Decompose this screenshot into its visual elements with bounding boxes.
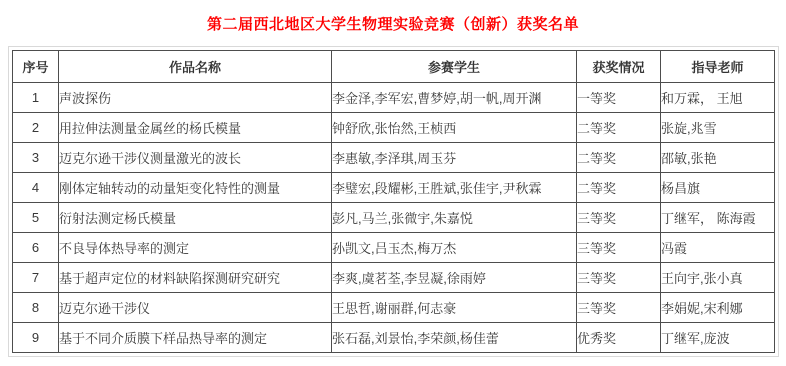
students-cell: 李璧宏,段耀彬,王胜斌,张佳宇,尹秋霖 <box>332 173 577 203</box>
table-row: 2 用拉伸法测量金属丝的杨氏模量 钟舒欣,张怡然,王桢西 二等奖 张旋,兆雪 <box>13 113 775 143</box>
students-cell: 钟舒欣,张怡然,王桢西 <box>332 113 577 143</box>
header-no: 序号 <box>13 51 59 83</box>
award-cell: 一等奖 <box>577 83 661 113</box>
table-row: 5 衍射法测定杨氏模量 彭凡,马兰,张微宇,朱嘉悦 三等奖 丁继军， 陈海霞 <box>13 203 775 233</box>
table-row: 8 迈克尔逊干涉仪 王思哲,谢丽群,何志豪 三等奖 李娟妮,宋利娜 <box>13 293 775 323</box>
work-title-cell: 迈克尔逊干涉仪 <box>59 293 332 323</box>
work-title-cell: 不良导体热导率的测定 <box>59 233 332 263</box>
work-title-cell: 基于超声定位的材料缺陷探测研究研究 <box>59 263 332 293</box>
students-cell: 王思哲,谢丽群,何志豪 <box>332 293 577 323</box>
advisors-cell: 李娟妮,宋利娜 <box>661 293 775 323</box>
work-title-cell: 用拉伸法测量金属丝的杨氏模量 <box>59 113 332 143</box>
students-cell: 李金泽,李军宏,曹梦婷,胡一帆,周开渊 <box>332 83 577 113</box>
award-cell: 二等奖 <box>577 143 661 173</box>
row-index-cell: 9 <box>13 323 59 353</box>
advisors-cell: 杨昌旗 <box>661 173 775 203</box>
advisors-cell: 张旋,兆雪 <box>661 113 775 143</box>
row-index-cell: 2 <box>13 113 59 143</box>
advisors-cell: 邵敏,张艳 <box>661 143 775 173</box>
header-work-title: 作品名称 <box>59 51 332 83</box>
work-title-cell: 基于不同介质膜下样品热导率的测定 <box>59 323 332 353</box>
award-cell: 三等奖 <box>577 263 661 293</box>
award-cell: 优秀奖 <box>577 323 661 353</box>
award-cell: 二等奖 <box>577 113 661 143</box>
row-index-cell: 8 <box>13 293 59 323</box>
work-title-cell: 衍射法测定杨氏模量 <box>59 203 332 233</box>
advisors-cell: 和万霖， 王旭 <box>661 83 775 113</box>
row-index-cell: 3 <box>13 143 59 173</box>
award-cell: 三等奖 <box>577 293 661 323</box>
students-cell: 张石磊,刘景怡,李荣颜,杨佳蕾 <box>332 323 577 353</box>
advisors-cell: 冯霞 <box>661 233 775 263</box>
table-row: 4 刚体定轴转动的动量矩变化特性的测量 李璧宏,段耀彬,王胜斌,张佳宇,尹秋霖 … <box>13 173 775 203</box>
page-title: 第二届西北地区大学生物理实验竞赛（创新）获奖名单 <box>0 0 786 34</box>
header-row: 序号 作品名称 参赛学生 获奖情况 指导老师 <box>13 51 775 83</box>
row-index-cell: 5 <box>13 203 59 233</box>
award-cell: 二等奖 <box>577 173 661 203</box>
header-award: 获奖情况 <box>577 51 661 83</box>
advisors-cell: 丁继军,庞波 <box>661 323 775 353</box>
table-row: 7 基于超声定位的材料缺陷探测研究研究 李爽,虞茗荃,李昱凝,徐雨婷 三等奖 王… <box>13 263 775 293</box>
award-table: 序号 作品名称 参赛学生 获奖情况 指导老师 1 声波探伤 李金泽,李军宏,曹梦… <box>12 50 775 353</box>
header-students: 参赛学生 <box>332 51 577 83</box>
students-cell: 孙凯文,吕玉杰,梅万杰 <box>332 233 577 263</box>
award-cell: 三等奖 <box>577 203 661 233</box>
row-index-cell: 4 <box>13 173 59 203</box>
advisors-cell: 丁继军， 陈海霞 <box>661 203 775 233</box>
students-cell: 李爽,虞茗荃,李昱凝,徐雨婷 <box>332 263 577 293</box>
students-cell: 彭凡,马兰,张微宇,朱嘉悦 <box>332 203 577 233</box>
table-row: 9 基于不同介质膜下样品热导率的测定 张石磊,刘景怡,李荣颜,杨佳蕾 优秀奖 丁… <box>13 323 775 353</box>
students-cell: 李惠敏,李泽琪,周玉芬 <box>332 143 577 173</box>
table-row: 6 不良导体热导率的测定 孙凯文,吕玉杰,梅万杰 三等奖 冯霞 <box>13 233 775 263</box>
document-page: 第二届西北地区大学生物理实验竞赛（创新）获奖名单 序号 作品名称 参赛学生 获奖… <box>0 0 786 366</box>
award-cell: 三等奖 <box>577 233 661 263</box>
header-advisors: 指导老师 <box>661 51 775 83</box>
advisors-cell: 王向宇,张小真 <box>661 263 775 293</box>
row-index-cell: 6 <box>13 233 59 263</box>
table-outer-frame: 序号 作品名称 参赛学生 获奖情况 指导老师 1 声波探伤 李金泽,李军宏,曹梦… <box>8 46 779 357</box>
work-title-cell: 迈克尔逊干涉仪测量激光的波长 <box>59 143 332 173</box>
row-index-cell: 7 <box>13 263 59 293</box>
work-title-cell: 声波探伤 <box>59 83 332 113</box>
table-row: 3 迈克尔逊干涉仪测量激光的波长 李惠敏,李泽琪,周玉芬 二等奖 邵敏,张艳 <box>13 143 775 173</box>
table-row: 1 声波探伤 李金泽,李军宏,曹梦婷,胡一帆,周开渊 一等奖 和万霖， 王旭 <box>13 83 775 113</box>
work-title-cell: 刚体定轴转动的动量矩变化特性的测量 <box>59 173 332 203</box>
row-index-cell: 1 <box>13 83 59 113</box>
